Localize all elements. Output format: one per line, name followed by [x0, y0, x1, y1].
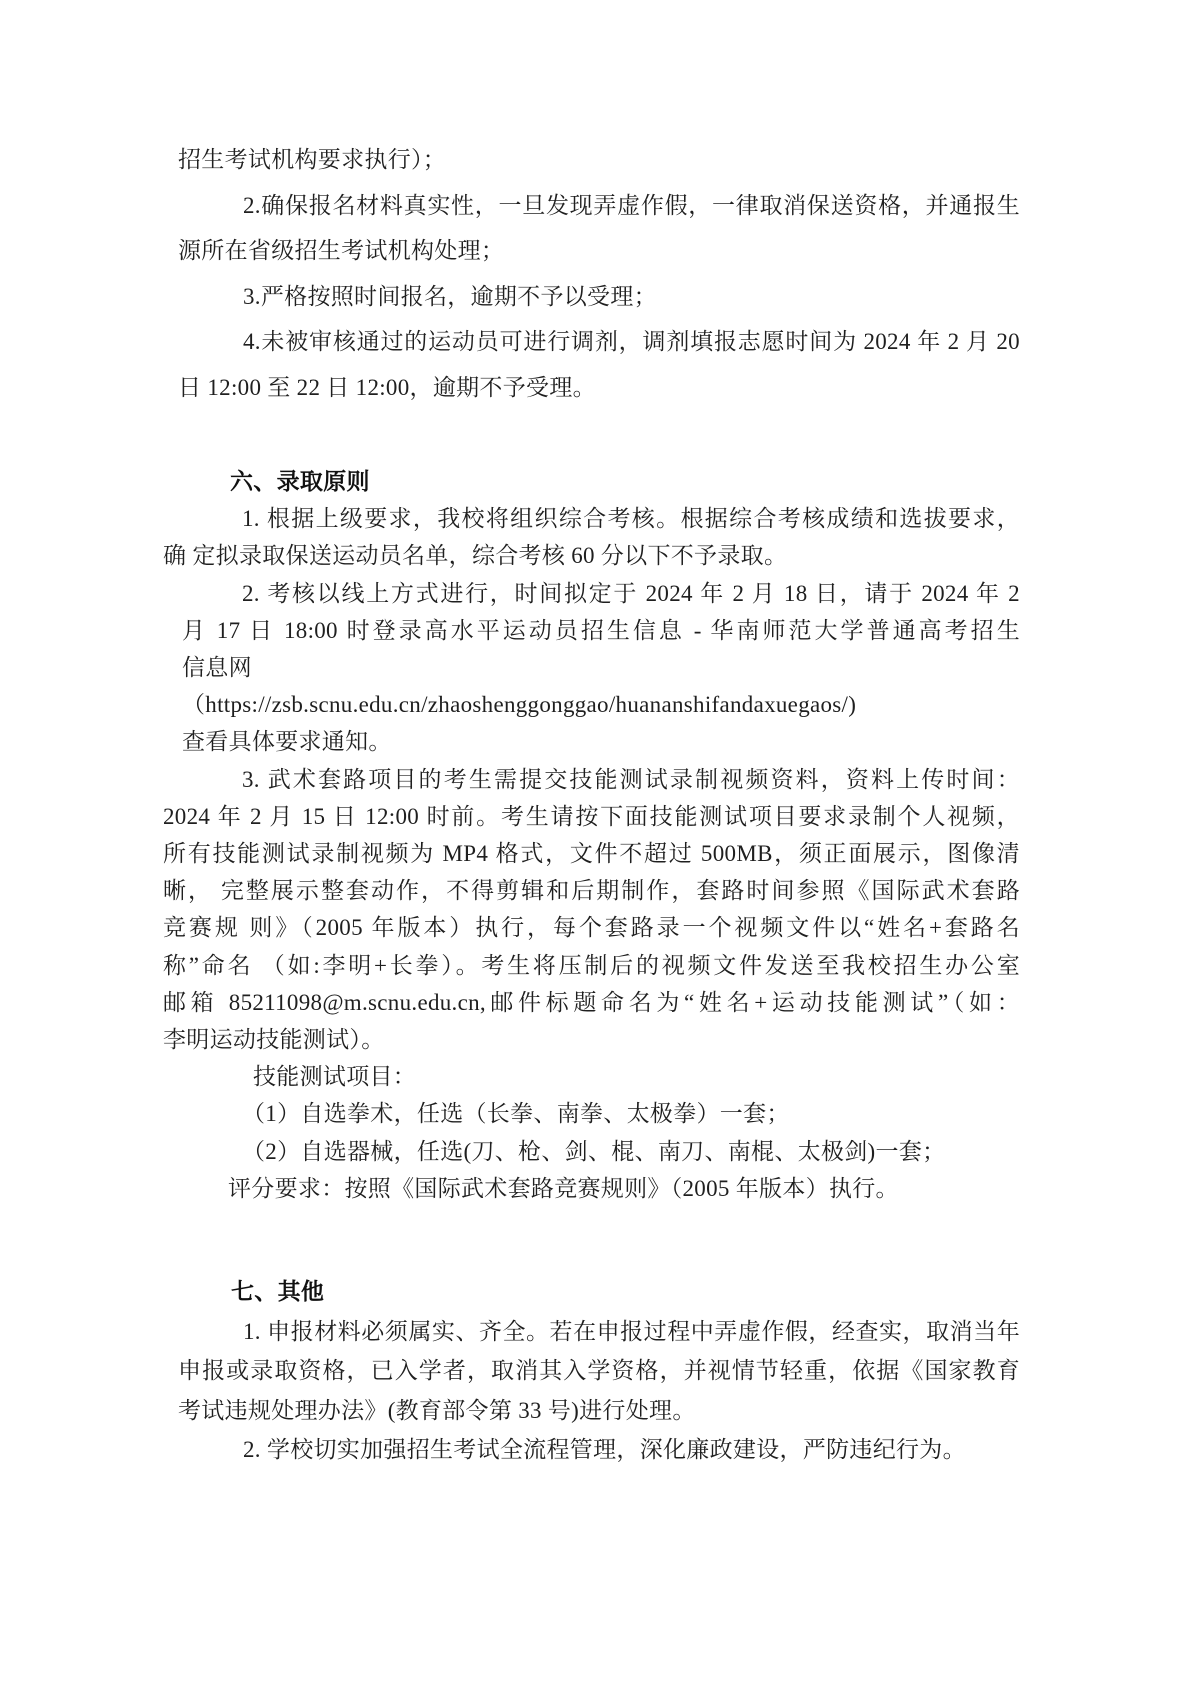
section-heading: 七、其他: [163, 1272, 1020, 1312]
text-line: 所有技能测试录制视频为 MP4 格式，文件不超过 500MB，须正面展示，图像清: [163, 835, 1020, 872]
section-admission-principles: 六、录取原则1. 根据上级要求，我校将组织综合考核。根据综合考核成绩和选拔要求，…: [163, 463, 1020, 1207]
section-carryover-rules: 招生考试机构要求执行）；2.确保报名材料真实性，一旦发现弄虚作假，一律取消保送资…: [163, 137, 1020, 410]
text-line: 2. 考核以线上方式进行，时间拟定于 2024 年 2 月 18 日，请于 20…: [163, 575, 1020, 612]
text-line: 确 定拟录取保送运动员名单，综合考核 60 分以下不予录取。: [163, 537, 1020, 574]
text-line: 月 17 日 18:00 时登录高水平运动员招生信息 - 华南师范大学普通高考招…: [163, 612, 1020, 649]
text-line: 招生考试机构要求执行）；: [163, 137, 1020, 183]
document-page: 招生考试机构要求执行）；2.确保报名材料真实性，一旦发现弄虚作假，一律取消保送资…: [0, 0, 1191, 1684]
text-line: 日 12:00 至 22 日 12:00，逾期不予受理。: [163, 365, 1020, 411]
text-line: 2. 学校切实加强招生考试全流程管理，深化廉政建设，严防违纪行为。: [163, 1430, 1020, 1470]
text-line: 晰， 完整展示整套动作，不得剪辑和后期制作，套路时间参照《国际武术套路: [163, 872, 1020, 909]
text-line: 考试违规处理办法》(教育部令第 33 号)进行处理。: [163, 1391, 1020, 1431]
text-line: 技能测试项目：: [163, 1058, 1020, 1095]
text-line: 1. 根据上级要求，我校将组织综合考核。根据综合考核成绩和选拔要求，: [163, 500, 1020, 537]
text-line: 4.未被审核通过的运动员可进行调剂，调剂填报志愿时间为 2024 年 2 月 2…: [163, 319, 1020, 365]
text-line: 李明运动技能测试）。: [163, 1021, 1020, 1058]
text-line: （1）自选拳术，任选（长拳、南拳、太极拳）一套；: [163, 1095, 1020, 1132]
text-line: 2.确保报名材料真实性，一旦发现弄虚作假，一律取消保送资格，并通报生: [163, 183, 1020, 229]
text-line: （2）自选器械，任选(刀、枪、剑、棍、南刀、南棍、太极剑)一套；: [163, 1133, 1020, 1170]
text-line: 邮箱 85211098@m.scnu.edu.cn,邮件标题命名为“姓名+运动技…: [163, 984, 1020, 1021]
text-line: （https://zsb.scnu.edu.cn/zhaoshenggongga…: [163, 686, 1020, 723]
section-other: 七、其他1. 申报材料必须属实、齐全。若在申报过程中弄虚作假，经查实，取消当年申…: [163, 1272, 1020, 1470]
text-line: 称”命名 （如:李明+长拳）。考生将压制后的视频文件发送至我校招生办公室: [163, 947, 1020, 984]
text-line: 评分要求：按照《国际武术套路竞赛规则》（2005 年版本）执行。: [163, 1170, 1020, 1207]
text-line: 3.严格按照时间报名，逾期不予以受理；: [163, 274, 1020, 320]
text-line: 3. 武术套路项目的考生需提交技能测试录制视频资料，资料上传时间：: [163, 761, 1020, 798]
text-line: 查看具体要求通知。: [163, 723, 1020, 760]
text-line: 1. 申报材料必须属实、齐全。若在申报过程中弄虚作假，经查实，取消当年: [163, 1312, 1020, 1352]
text-line: 信息网: [163, 649, 1020, 686]
text-line: 竞赛规 则》（2005 年版本）执行，每个套路录一个视频文件以“姓名+套路名: [163, 909, 1020, 946]
text-line: 2024 年 2 月 15 日 12:00 时前。考生请按下面技能测试项目要求录…: [163, 798, 1020, 835]
text-line: 申报或录取资格，已入学者，取消其入学资格，并视情节轻重，依据《国家教育: [163, 1351, 1020, 1391]
section-heading: 六、录取原则: [163, 463, 1020, 500]
text-line: 源所在省级招生考试机构处理；: [163, 228, 1020, 274]
